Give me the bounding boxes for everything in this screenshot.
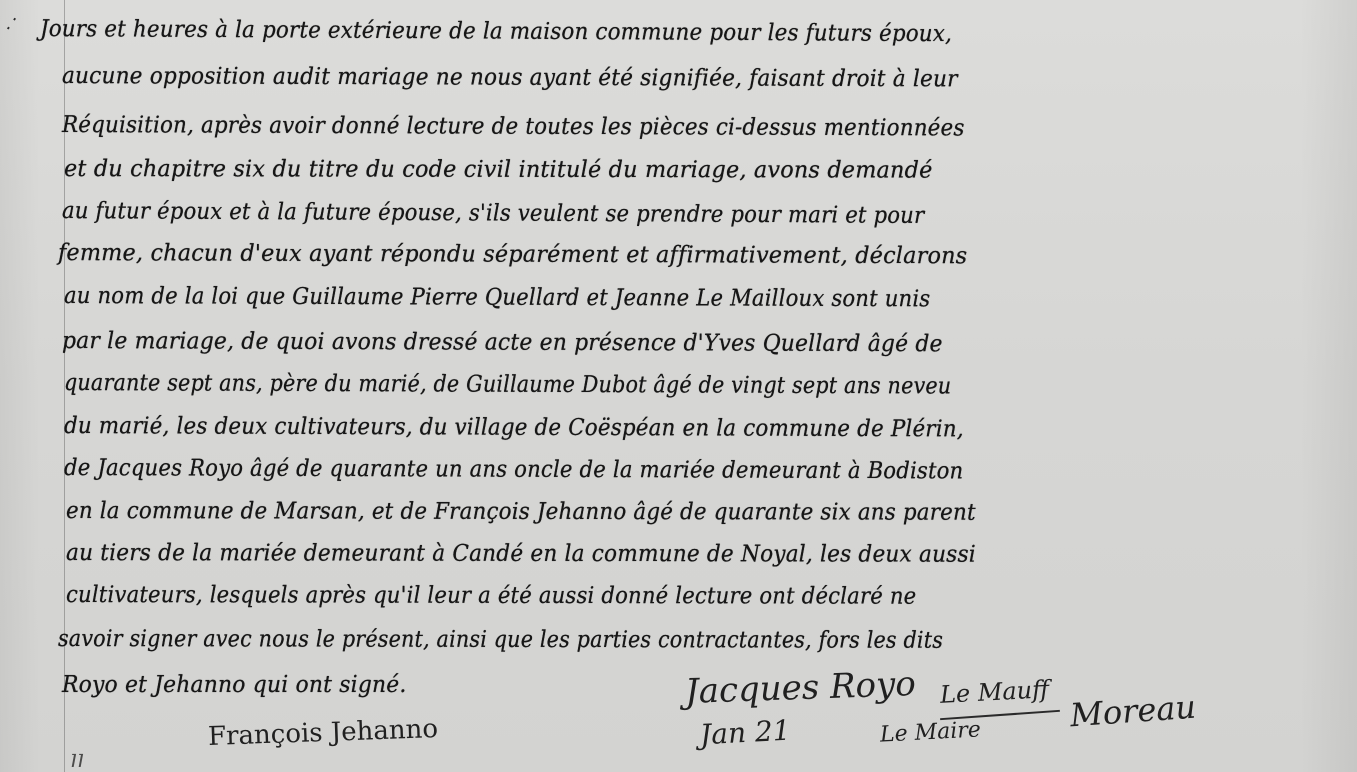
document-page: ⁚ Jours et heures à la porte extérieure … [0,0,1357,772]
text-line-13: au tiers de la mariée demeurant à Candé … [66,540,976,568]
text-line-7: au nom de la loi que Guillaume Pierre Qu… [64,283,930,312]
text-line-10: du marié, les deux cultivateurs, du vill… [64,413,964,442]
partial-next-line: ll ... ... ... ... [70,752,196,772]
signature-underline [940,710,1060,720]
text-line-11: de Jacques Royo âgé de quarante un ans o… [64,455,963,484]
signature-le-mauff: Le Mauff [939,675,1049,709]
text-line-4: et du chapitre six du titre du code civi… [64,156,933,184]
signature-moreau: Moreau [1069,688,1197,735]
text-line-14: cultivateurs, lesquels après qu'il leur … [66,582,916,610]
text-line-15: savoir signer avec nous le présent, ains… [58,626,943,654]
text-line-12: en la commune de Marsan, et de François … [66,498,976,526]
text-line-16: Royo et Jehanno qui ont signé. [62,672,407,698]
text-line-2: aucune opposition audit mariage ne nous … [62,63,958,92]
text-line-3: Réquisition, après avoir donné lecture d… [62,112,965,141]
text-line-8: par le mariage, de quoi avons dressé act… [62,328,943,357]
text-line-1: Jours et heures à la porte extérieure de… [40,16,952,47]
margin-marks: ⁚ [2,14,19,34]
signature-jacques-royo: Jacques Royo [684,664,916,712]
text-line-5: au futur époux et à la future épouse, s'… [62,198,924,229]
signature-maire: Le Maire [879,717,981,747]
text-line-6: femme, chacun d'eux ayant répondu séparé… [58,240,967,269]
signature-jan: Jan 21 [699,714,791,752]
signature-francois-jehanno: François Jehanno [208,714,439,752]
text-line-9: quarante sept ans, père du marié, de Gui… [64,370,951,399]
